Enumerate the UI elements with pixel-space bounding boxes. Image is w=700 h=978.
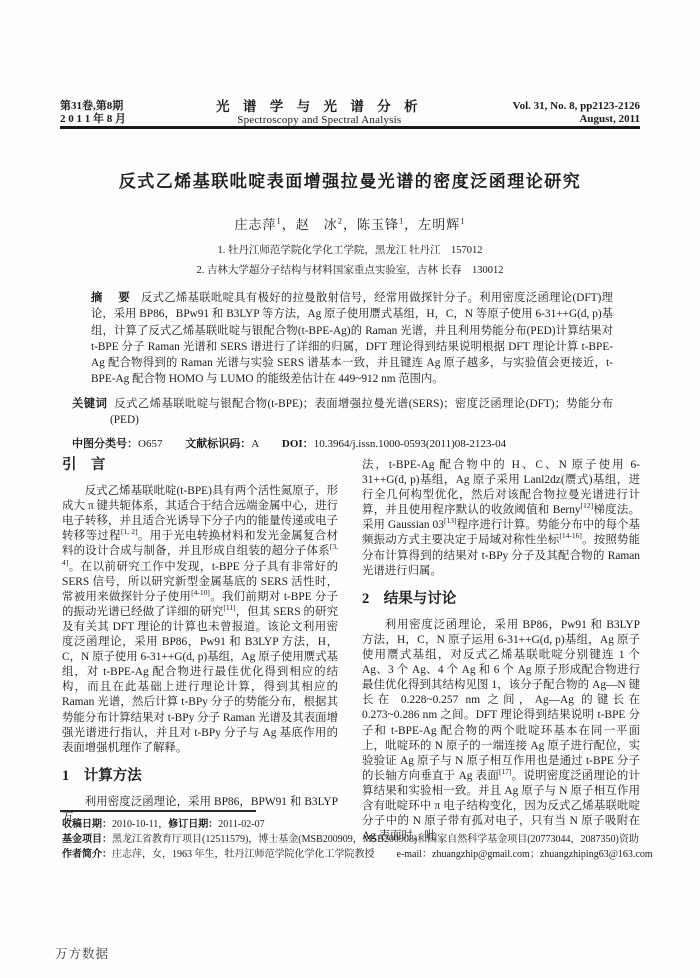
date-en: August, 2011 [513,113,640,126]
abstract: 摘 要反式乙烯基联吡啶具有极好的拉曼散射信号，经常用做探针分子。利用密度泛函理论… [91,290,613,388]
document-code: 文献标识码：A [185,438,259,450]
author-name: 赵 冰 [296,217,338,232]
doc-code-value: A [251,438,259,450]
fund-label: 基金项目： [62,834,112,845]
classification-line: 中图分类号：O657 文献标识码：A DOI：10.3964/j.issn.10… [72,435,613,451]
doi: DOI：10.3964/j.issn.1000-0593(2011)08-212… [282,438,506,450]
author-separator: ， [282,217,296,232]
section-heading-methods: 1 计算方法 [62,769,338,784]
keywords-label: 关键词 [72,398,107,410]
footnote-rule [60,810,256,812]
footnote-received: 收稿日期：2010-10-11，修订日期：2011-02-07 [62,817,642,832]
received-label: 收稿日期： [62,819,112,830]
keywords: 关键词反式乙烯基联吡啶与银配合物(t-BPE)；表面增强拉曼光谱(SERS)；密… [72,396,613,429]
left-column: 引 言 反式乙烯基联吡啶(t-BPE)具有两个活性氮原子，形成大 π 键共轭体系… [62,458,338,825]
received-value: 2010-10-11， [112,819,168,830]
paper-page: 第31卷,第8期 2 0 1 1 年 8 月 光 谱 学 与 光 谱 分 析 S… [0,0,700,978]
keywords-text: 反式乙烯基联吡啶与银配合物(t-BPE)；表面增强拉曼光谱(SERS)；密度泛函… [110,398,613,426]
doc-code-label: 文献标识码： [185,438,251,450]
clc-label: 中图分类号： [72,438,138,450]
abstract-label: 摘 要 [91,292,132,304]
bio-label: 作者简介： [62,849,112,860]
watermark: 万方数据 [55,944,109,962]
abstract-text: 反式乙烯基联吡啶具有极好的拉曼散射信号，经常用做探针分子。利用密度泛函理论(DF… [91,292,613,385]
bio-text: 庄志萍，女，1963 年生，牡丹江师范学院化学化工学院教授 [112,849,375,860]
footnotes: 收稿日期：2010-10-11，修订日期：2011-02-07 基金项目：黑龙江… [62,817,642,863]
author-3: 陈玉锋1 [357,217,404,232]
clc-value: O657 [138,438,162,450]
authors-line: 庄志萍1，赵 冰2，陈玉锋1，左明辉1 [60,214,640,233]
author-2: 赵 冰2 [296,217,343,232]
paper-title: 反式乙烯基联吡啶表面增强拉曼光谱的密度泛函理论研究 [60,167,640,192]
affiliations: 1. 牡丹江师范学院化学化工学院，黑龙江 牡丹江 157012 2. 吉林大学超… [60,241,640,280]
author-separator: ， [404,217,418,232]
author-email: e-mail：zhuangzhip@gmail.com；zhuangzhipin… [397,849,653,860]
section-heading-results: 2 结果与讨论 [362,592,640,607]
author-name: 庄志萍 [234,217,276,232]
right-column: 法，t-BPE-Ag 配合物中的 H、C、N 原子使用 6-31++G(d, p… [362,458,640,844]
author-4: 左明辉1 [418,217,465,232]
footnote-fund: 基金项目：黑龙江省教育厅项目(12511579)，博士基金(MSB200909，… [62,832,642,847]
doi-label: DOI： [282,438,314,450]
section-heading-intro: 引 言 [62,458,338,473]
clc-number: 中图分类号：O657 [72,438,162,450]
results-paragraph: 利用密度泛函理论，采用 BP86，Pw91 和 B3LYP 方法，H，C，N 原… [362,618,640,844]
methods-paragraph-continued: 法，t-BPE-Ag 配合物中的 H、C、N 原子使用 6-31++G(d, p… [362,458,640,579]
date-cn: 2 0 1 1 年 8 月 [60,113,126,126]
author-superscript: 1 [460,216,465,226]
journal-header: 第31卷,第8期 2 0 1 1 年 8 月 光 谱 学 与 光 谱 分 析 S… [60,100,640,127]
revised-value: 2011-02-07 [218,819,264,830]
revised-label: 修订日期： [168,819,218,830]
volume-issue-cn: 第31卷,第8期 [60,100,126,113]
author-name: 陈玉锋 [357,217,399,232]
affiliation-line-2: 2. 吉林大学超分子结构与材料国家重点实验室，吉林 长春 130012 [60,261,640,281]
author-name: 左明辉 [418,217,460,232]
header-rule [60,126,640,129]
doi-value: 10.3964/j.issn.1000-0593(2011)08-2123-04 [314,438,506,450]
affiliation-line-1: 1. 牡丹江师范学院化学化工学院，黑龙江 牡丹江 157012 [60,241,640,261]
author-separator: ， [343,217,357,232]
header-volume-issue-en: Vol. 31, No. 8, pp2123-2126 August, 2011 [513,100,640,126]
author-1: 庄志萍1 [234,217,281,232]
fund-text: 黑龙江省教育厅项目(12511579)，博士基金(MSB200909，MSB20… [112,834,639,845]
intro-paragraph: 反式乙烯基联吡啶(t-BPE)具有两个活性氮原子，形成大 π 键共轭体系，其适合… [62,484,338,756]
volume-issue-en: Vol. 31, No. 8, pp2123-2126 [513,100,640,113]
journal-title-cn: 光 谱 学 与 光 谱 分 析 [126,100,513,114]
journal-title-block: 光 谱 学 与 光 谱 分 析 Spectroscopy and Spectra… [126,100,513,127]
footnote-bio: 作者简介：庄志萍，女，1963 年生，牡丹江师范学院化学化工学院教授e-mail… [62,847,642,862]
header-volume-issue-cn: 第31卷,第8期 2 0 1 1 年 8 月 [60,100,126,126]
